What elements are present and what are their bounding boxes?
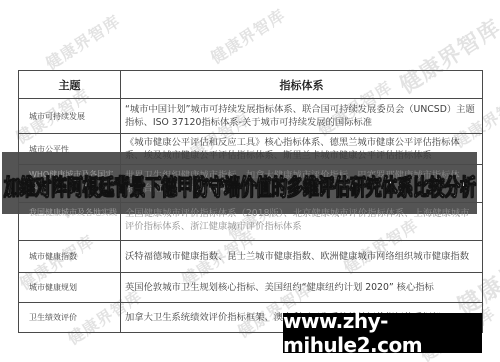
topic-cell: 城市可持续发展	[19, 99, 121, 134]
topic-cell: 城市健康规划	[19, 273, 121, 303]
headline-text: 加维对阵阿根廷背景下德甲防守端价值的多维评估研究体系比较分析	[4, 176, 476, 201]
col-header-topic: 主题	[19, 71, 121, 99]
topic-cell: 卫生绩效评价	[19, 303, 121, 333]
table-header-row: 主题 指标体系	[19, 71, 483, 99]
headline-banner: 加维对阵阿根廷背景下德甲防守端价值的多维评估研究体系比较分析	[4, 175, 476, 202]
table-row: 城市可持续发展 “城市中国计划”城市可持续发展指标体系、联合国可持续发展委员会（…	[19, 99, 483, 134]
watermark-text: 健康界智库	[206, 3, 290, 69]
watermark-text: 健康界智库	[41, 9, 125, 75]
indicators-cell: 《城市健康公平评估和反应工具》核心指标体系、德黑兰城市健康公平评估指标体系、埃及…	[121, 134, 483, 165]
indicators-cell: 沃特福德城市健康指数、昆士兰城市健康指数、欧洲健康城市网络组织城市健康指数	[121, 241, 483, 273]
topic-cell: 我国健康城市及各地实践	[19, 203, 121, 241]
table-row: 我国健康城市及各地实践 全国健康城市评价指标体系（2018版）、北京健康城市评价…	[19, 203, 483, 241]
indicators-cell: 全国健康城市评价指标体系（2018版）、北京健康城市评价指标体系、上海健康城市评…	[121, 203, 483, 241]
page: 健康界智库健康界智库健康界智库健康界智库健康界智库健康界智库健康界智库健康界智库…	[0, 0, 500, 362]
col-header-indicators: 指标体系	[121, 71, 483, 99]
website-badge: www.zhy-mjhule2.com	[283, 313, 482, 353]
topic-cell: 城市健康指数	[19, 241, 121, 273]
indicators-cell: 英国伦敦城市卫生规划核心指标、美国纽约“健康纽约计划 2020” 核心指标	[121, 273, 483, 303]
indicators-cell: “城市中国计划”城市可持续发展指标体系、联合国可持续发展委员会（UNCSD）主题…	[121, 99, 483, 134]
table-row: 城市公平性 《城市健康公平评估和反应工具》核心指标体系、德黑兰城市健康公平评估指…	[19, 134, 483, 165]
topic-cell: 城市公平性	[19, 134, 121, 165]
table-row: 城市健康指数 沃特福德城市健康指数、昆士兰城市健康指数、欧洲健康城市网络组织城市…	[19, 241, 483, 273]
website-url: www.zhy-mjhule2.com	[283, 309, 482, 357]
table-row: 城市健康规划 英国伦敦城市卫生规划核心指标、美国纽约“健康纽约计划 2020” …	[19, 273, 483, 303]
